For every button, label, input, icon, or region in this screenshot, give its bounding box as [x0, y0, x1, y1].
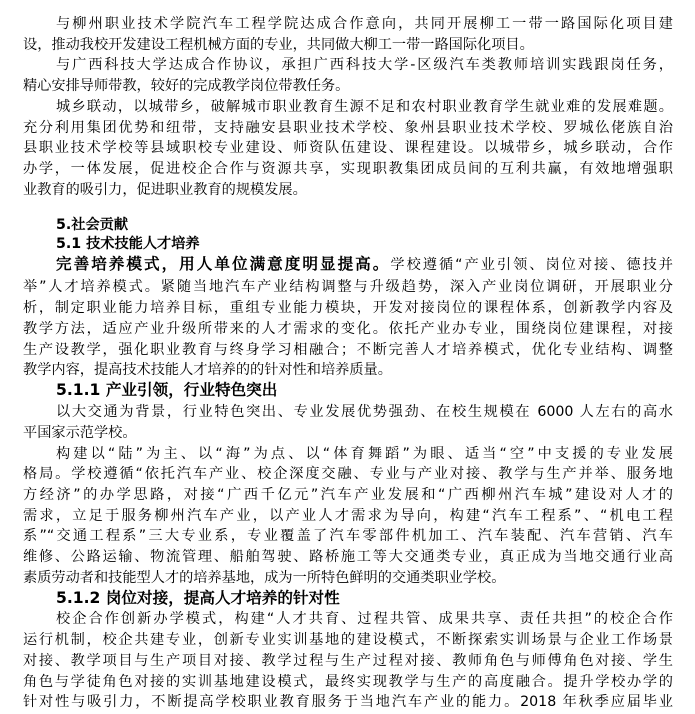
paragraph-line: 完善培养模式，用人单位满意度明显提高。学校遵循“产业引领、岗位对接、德技并 — [56, 255, 673, 275]
paragraph-text: 学校遵循“产业引领、岗位对接、德技并 — [390, 257, 673, 273]
subsection-heading: 5.1 技术技能人才培养 — [56, 235, 673, 255]
paragraph-line: 充分利用集团优势和纽带，支持融安县职业技术学校、象州县职业技术学校、罗城仫佬族自… — [23, 119, 673, 139]
paragraph-line: 教学方法，适应产业升级所带来的人才需求的变化。依托产业办专业，围绕岗位建课程，对… — [23, 320, 673, 340]
subsection-heading: 5.1.1 产业引领，行业特色突出 — [56, 381, 673, 401]
paragraph-line: 素质劳动者和技能型人才的培养基地，成为一所特色鲜明的交通类职业学校。 — [23, 569, 673, 589]
document-page: 与柳州职业技术学院汽车工程学院达成合作意向，共同开展柳工一带一路国际化项目建 设… — [0, 0, 695, 714]
lead-bold-text: 完善培养模式，用人单位满意度明显提高。 — [56, 255, 390, 273]
paragraph-line: 对接、教学项目与生产项目对接、教学过程与生产过程对接、教师角色与师傅角色对接、学… — [23, 652, 673, 672]
paragraph-line: 精心安排导师带教，较好的完成教学岗位带教任务。 — [23, 77, 673, 97]
paragraph-line: 以大交通为背景，行业特色突出、专业发展优势强劲、在校生规模在 6000 人左右的… — [56, 403, 673, 423]
paragraph-line: 平国家示范学校。 — [23, 424, 673, 444]
paragraph-line: 生产设教学，强化职业教育与终身学习相融合；不断完善人才培养模式，优化专业结构、调… — [23, 341, 673, 361]
paragraph-line: 举”人才培养模式。紧随当地汽车产业结构调整与升级趋势，深入产业岗位调研，开展职业… — [23, 278, 673, 298]
paragraph-line: 维修、公路运输、物流管理、船舶驾驶、路桥施工等大交通类专业，真正成为当地交通行业… — [23, 548, 673, 568]
paragraph-line: 与广西科技大学达成合作协议，承担广西科技大学-区级汽车类教师培训实践跟岗任务， — [56, 56, 673, 76]
paragraph-line: 办学，一体发展，促进校企合作与资源共享，实现职教集团成员间的互利共赢，有效地增强… — [23, 160, 673, 180]
paragraph-line: 格局。学校遵循“依托汽车产业、校企深度交融、专业与产业对接、教学与生产并举、服务… — [23, 465, 673, 485]
paragraph-line: 针对性与吸引力，不断提高学校职业教育服务于当地汽车产业的能力。2018 年秋季应… — [23, 693, 673, 713]
paragraph-line: 需求，立足于服务柳州汽车产业，以产业人才需求为导向，构建“汽车工程系”、“机电工… — [23, 507, 673, 527]
paragraph-line: 构建以“陆”为主、以“海”为点、以“体育舞蹈”为眼、适当“空”中支援的专业发展 — [56, 445, 673, 465]
paragraph-line: 县职业技术学校等县域职校专业建设、师资队伍建设、课程建设。以城带乡，城乡联动，合… — [23, 139, 673, 159]
paragraph-line: 业教育的吸引力，促进职业教育的规模发展。 — [23, 181, 673, 201]
paragraph-line: 城乡联动，以城带乡，破解城市职业教育生源不足和农村职业教育学生就业难的发展难题。 — [56, 98, 673, 118]
paragraph-line: 系”“交通工程系”三大专业系，专业覆盖了汽车零部件机加工、汽车装配、汽车营销、汽… — [23, 527, 673, 547]
paragraph-line: 教学内容，提高技术技能人才培养的的针对性和培养质量。 — [23, 361, 673, 381]
paragraph-line: 运行机制，校企共建专业，创新专业实训基地的建设模式，不断探索实训场景与企业工作场… — [23, 631, 673, 651]
section-heading: 5.社会贡献 — [56, 216, 673, 236]
paragraph-line: 角色与学徒角色对接的实训基地建设模式，最终实现教学与生产的高度融合。提升学校办学… — [23, 673, 673, 693]
paragraph-line: 与柳州职业技术学院汽车工程学院达成合作意向，共同开展柳工一带一路国际化项目建 — [56, 15, 673, 35]
paragraph-line: 校企合作创新办学模式，构建“人才共育、过程共管、成果共享、责任共担”的校企合作 — [56, 610, 673, 630]
subsection-heading: 5.1.2 岗位对接，提高人才培养的针对性 — [56, 589, 673, 609]
paragraph-line: 析，制定职业能力培养目标，重组专业能力模块，开发对接岗位的课程体系，创新教学内容… — [23, 299, 673, 319]
paragraph-line: 设，推动我校开发建设工程机械方面的专业，共同做大柳工一带一路国际化项目。 — [23, 36, 673, 56]
paragraph-line: 方经济”的办学思路，对接“广西千亿元”汽车产业发展和“广西柳州汽车城”建设对人才… — [23, 486, 673, 506]
